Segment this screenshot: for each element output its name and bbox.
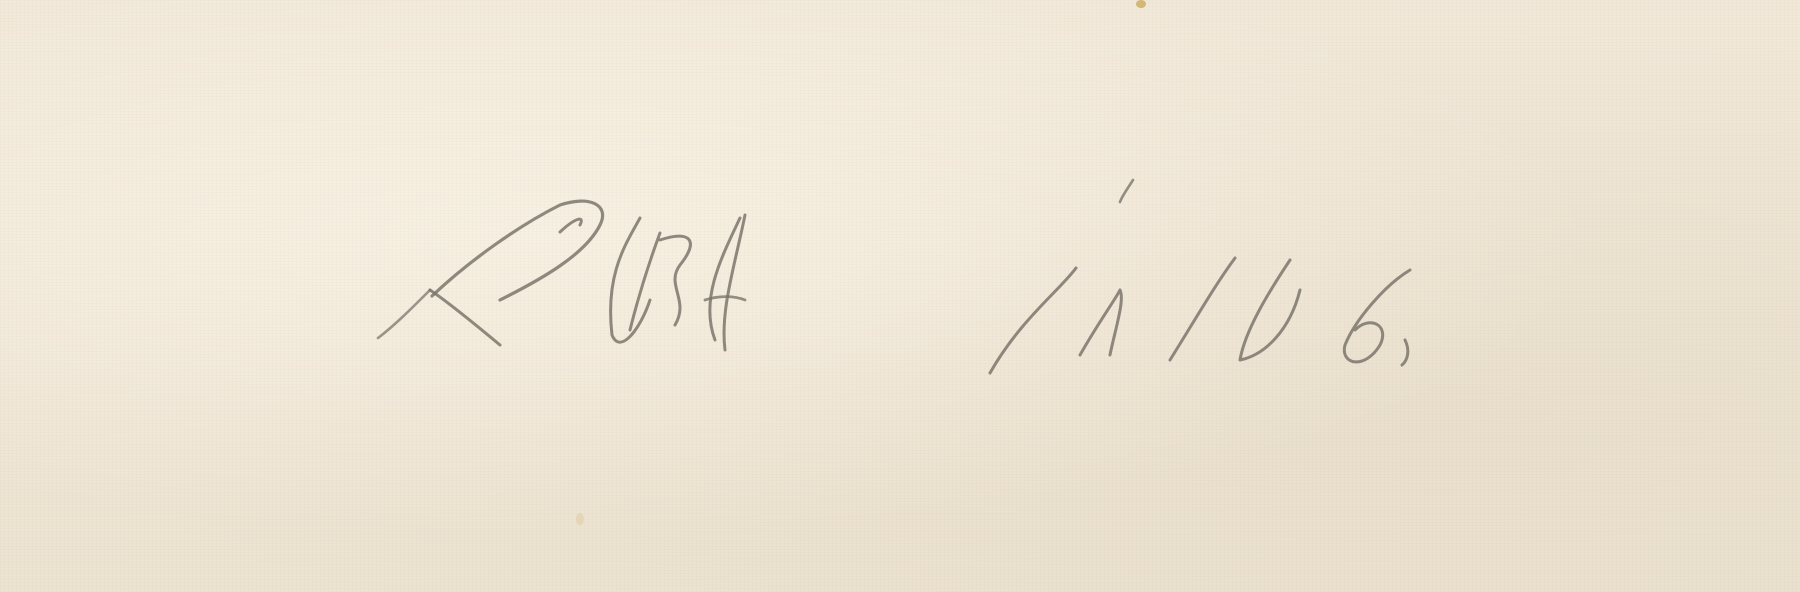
signature [0,0,1800,592]
signature-date [990,180,1410,373]
paper-background: Rosa 1986 [0,0,1800,592]
signature-name [378,201,745,350]
